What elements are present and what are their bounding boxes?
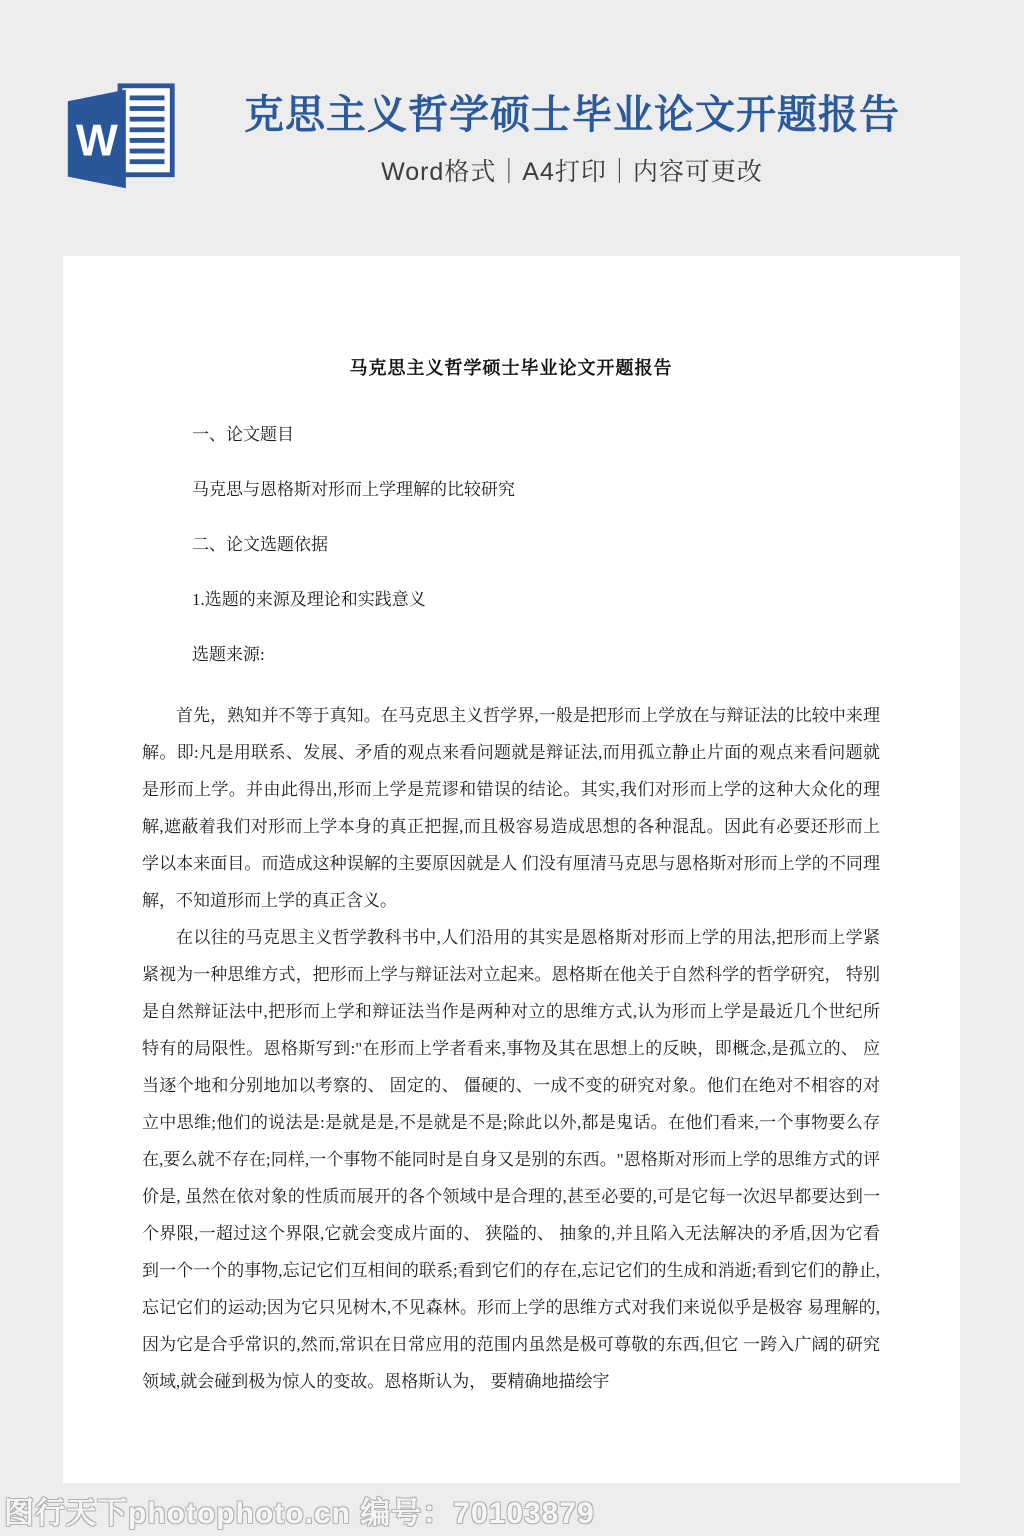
watermark-text: 图行天下photophoto.cn 编号：70103879 bbox=[4, 1488, 595, 1532]
word-logo-icon: W bbox=[62, 80, 180, 196]
document-line-topic-source-label: 选题来源: bbox=[142, 642, 880, 667]
template-subtitle: Word格式｜A4打印｜内容可更改 bbox=[381, 152, 763, 188]
document-paragraph: 首先，熟知并不等于真知。在马克思主义哲学界,一般是把形而上学放在与辩证法的比较中… bbox=[142, 697, 880, 919]
template-header: W 克思主义哲学硕士毕业论文开题报告 Word格式｜A4打印｜内容可更改 bbox=[0, 0, 1024, 256]
document-title: 马克思主义哲学硕士毕业论文开题报告 bbox=[142, 354, 880, 380]
template-title: 克思主义哲学硕士毕业论文开题报告 bbox=[244, 90, 900, 140]
document-page: 马克思主义哲学硕士毕业论文开题报告 一、论文题目 马克思与恩格斯对形而上学理解的… bbox=[63, 256, 960, 1483]
document-line-topic-source-heading: 1.选题的来源及理论和实践意义 bbox=[142, 587, 880, 612]
document-line-thesis-name: 马克思与恩格斯对形而上学理解的比较研究 bbox=[142, 477, 880, 502]
document-paragraph: 在以往的马克思主义哲学教科书中,人们沿用的其实是恩格斯对形而上学的用法,把形而上… bbox=[142, 919, 880, 1400]
document-heading-topic-basis: 二、论文选题依据 bbox=[142, 532, 880, 557]
document-heading-thesis-title: 一、论文题目 bbox=[142, 422, 880, 447]
watermark-bar: 图行天下photophoto.cn 编号：70103879 bbox=[0, 1483, 1024, 1536]
header-text-block: 克思主义哲学硕士毕业论文开题报告 Word格式｜A4打印｜内容可更改 bbox=[180, 80, 964, 188]
page-background: { "colors": { "background": "#ededed", "… bbox=[0, 0, 1024, 1536]
word-icon-letter: W bbox=[76, 116, 118, 165]
